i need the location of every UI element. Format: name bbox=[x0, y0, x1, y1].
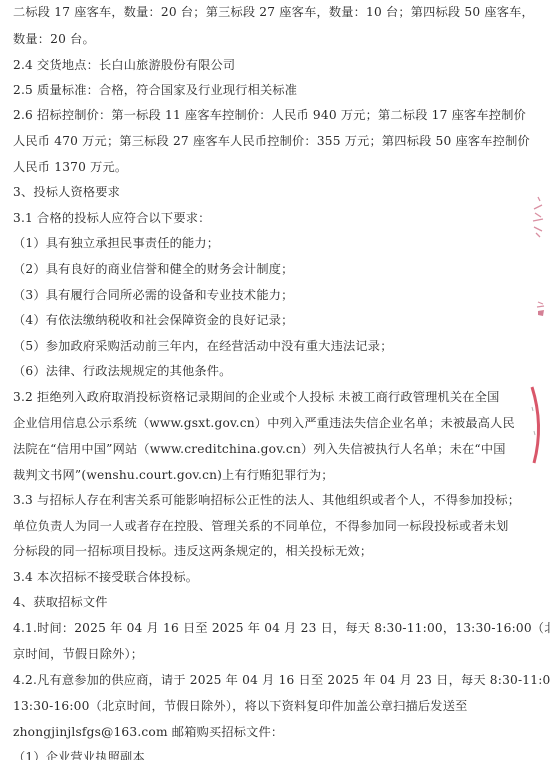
text-line: 裁判文书网”(wenshu.court.gov.cn)上有行贿犯罪行为； bbox=[13, 467, 334, 483]
text-line: 3.4 本次招标不接受联合体投标。 bbox=[13, 569, 198, 585]
seal-fragment-icon bbox=[530, 195, 546, 245]
section-heading: 4、获取招标文件 bbox=[13, 594, 108, 610]
text-line: 人民币 1370 万元。 bbox=[13, 159, 127, 175]
text-line: 京时间，节假日除外）； bbox=[13, 646, 143, 662]
list-item: （1）具有独立承担民事责任的能力； bbox=[13, 235, 219, 251]
list-item: （1）企业营业执照副本 bbox=[13, 749, 145, 760]
text-line: 数量：20 台。 bbox=[13, 31, 95, 47]
text-line: 法院在“信用中国”网站（www.creditchina.gov.cn）列入失信被… bbox=[13, 441, 506, 457]
text-line: 2.6 招标控制价：第一标段 11 座客车控制价：人民币 940 万元；第二标段… bbox=[13, 107, 526, 123]
list-item: （6）法律、行政法规规定的其他条件。 bbox=[13, 363, 232, 379]
text-line: 13:30-16:00（北京时间，节假日除外），将以下资料复印件加盖公章扫描后发… bbox=[13, 698, 467, 714]
text-line: 4.2.凡有意参加的供应商，请于 2025 年 04 月 16 日至 2025 … bbox=[13, 672, 550, 688]
list-item: （4）有依法缴纳税收和社会保障资金的良好记录； bbox=[13, 312, 293, 328]
text-line: 单位负责人为同一人或者存在控股、管理关系的不同单位，不得参加同一标段投标或者未划 bbox=[13, 518, 509, 534]
text-line: 4.1.时间：2025 年 04 月 16 日至 2025 年 04 月 23 … bbox=[13, 620, 550, 636]
text-line: 人民币 470 万元；第三标段 27 座客车人民币控制价：355 万元；第四标段… bbox=[13, 133, 530, 149]
seal-arc-icon bbox=[528, 385, 548, 465]
document-page: 二标段 17 座客车，数量：20 台；第三标段 27 座客车，数量：10 台；第… bbox=[0, 0, 550, 760]
list-item: （2）具有良好的商业信誉和健全的财务会计制度； bbox=[13, 261, 293, 277]
list-item: （5）参加政府采购活动前三年内，在经营活动中没有重大违法记录； bbox=[13, 338, 393, 354]
list-item: （3）具有履行合同所必需的设备和专业技术能力； bbox=[13, 287, 293, 303]
section-heading: 3、投标人资格要求 bbox=[13, 184, 120, 200]
text-line: 3.2 拒绝列入政府取消投标资格记录期间的企业或个人投标 未被工商行政管理机关在… bbox=[13, 389, 499, 405]
text-line: 分标段的同一招标项目投标。违反这两条规定的，相关投标无效； bbox=[13, 543, 372, 559]
text-line: 企业信用信息公示系统（www.gsxt.gov.cn）中列入严重违法失信企业名单… bbox=[13, 415, 515, 431]
text-line: zhongjinjlsfgs@163.com 邮箱购买招标文件： bbox=[13, 724, 283, 740]
text-line: 2.5 质量标准：合格，符合国家及行业现行相关标准 bbox=[13, 82, 297, 98]
text-line: 3.3 与招标人存在利害关系可能影响招标公正性的法人、其他组织或者个人，不得参加… bbox=[13, 492, 520, 508]
seal-fragment-icon bbox=[535, 300, 547, 318]
text-line: 3.1 合格的投标人应符合以下要求： bbox=[13, 210, 210, 226]
text-line: 二标段 17 座客车，数量：20 台；第三标段 27 座客车，数量：10 台；第… bbox=[13, 4, 534, 20]
text-line: 2.4 交货地点：长白山旅游股份有限公司 bbox=[13, 57, 235, 73]
